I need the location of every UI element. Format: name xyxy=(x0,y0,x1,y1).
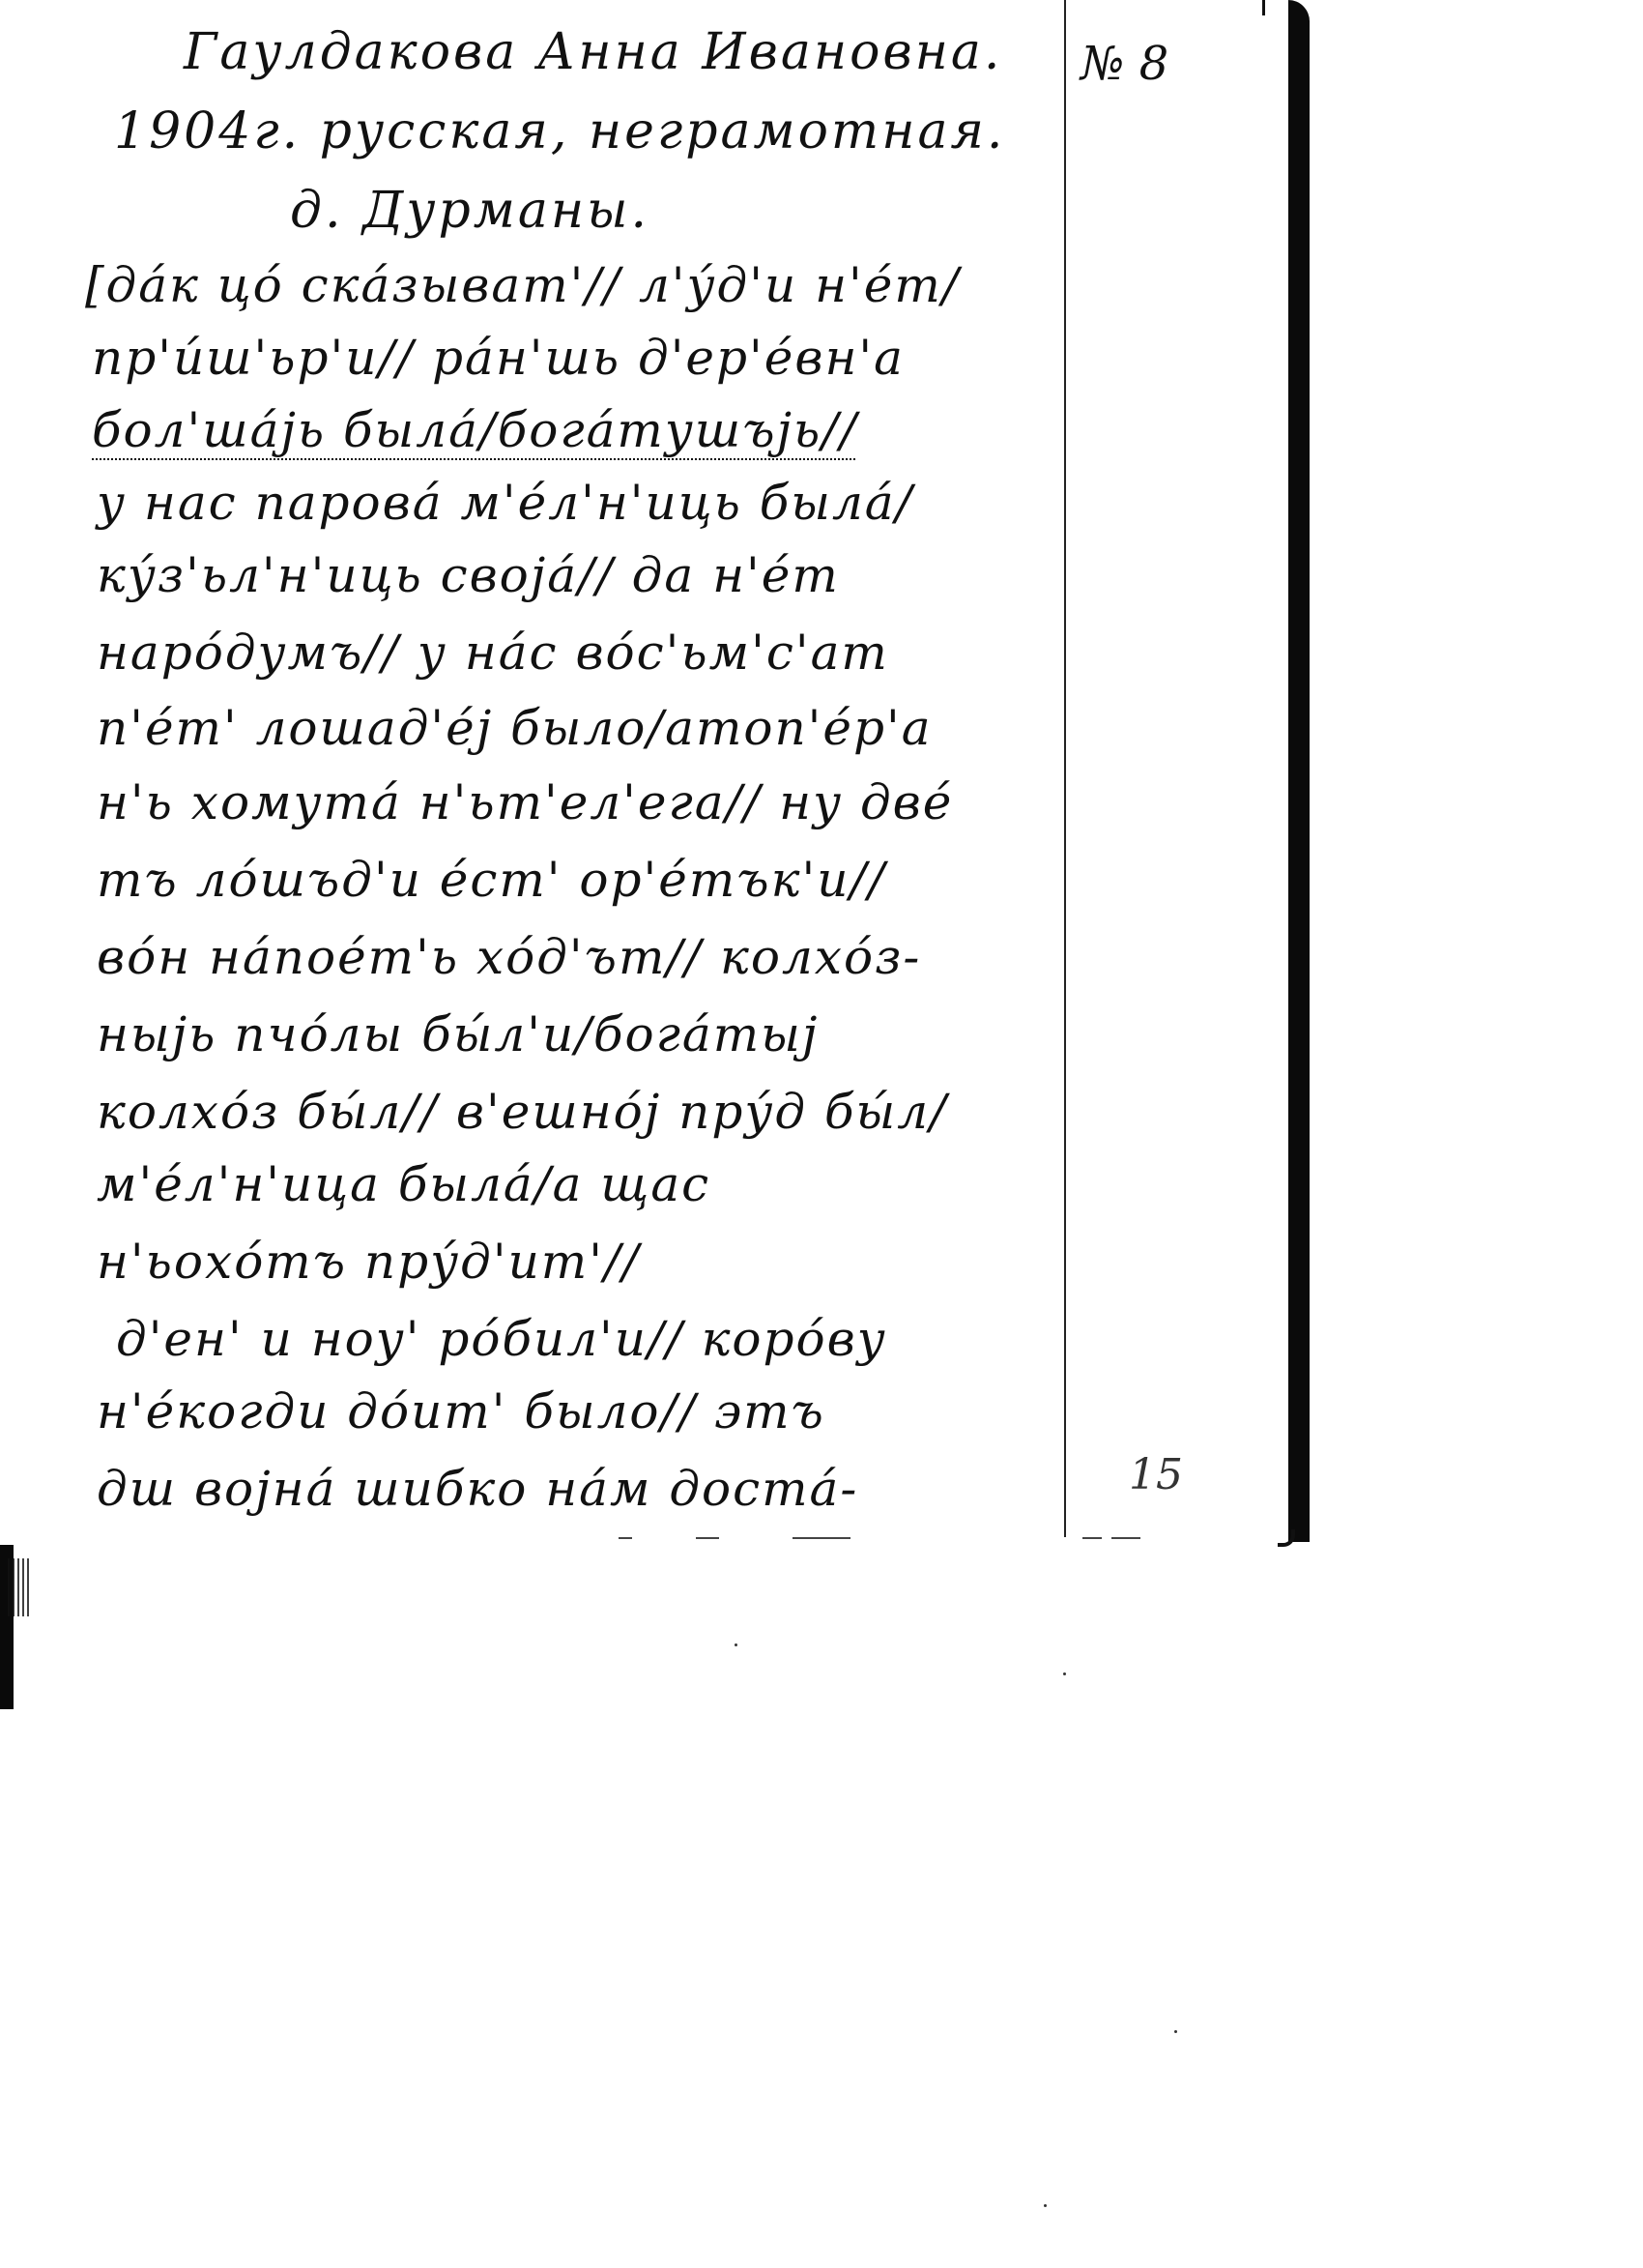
transcript-line: тъ ло́шъд'и е́ст' ор'е́тък'и// xyxy=(97,856,886,904)
transcript-line: бол'ша́jь была́/бога́тушъjь// xyxy=(92,406,858,454)
transcript-line: п'е́т' лошад'е́j было/атоп'е́р'а xyxy=(97,704,933,752)
scan-smudge-texture xyxy=(8,1558,31,1616)
transcript-line: н'ь хомута́ н'ьт'ел'ега// ну две́ xyxy=(97,778,953,827)
village-name: д. Дурманы. xyxy=(290,186,649,236)
card-edge-shadow xyxy=(1288,0,1310,1542)
scan-speck xyxy=(1044,2204,1047,2207)
transcript-line: у нас парова́ м'е́л'н'иць была́/ xyxy=(97,479,913,527)
record-number: № 8 xyxy=(1081,37,1168,91)
bottom-edge-dash xyxy=(1082,1537,1102,1539)
bottom-edge-dash xyxy=(793,1537,850,1539)
scan-speck xyxy=(1063,1672,1066,1675)
transcript-line: во́н на́пое́т'ь хо́д'ът// колхо́з- xyxy=(97,933,921,981)
transcript-line: н'ьохо́тъ пру́д'ит'// xyxy=(97,1237,641,1286)
scanned-page: № 8 Гаулдакова Анна Ивановна. 1904г. рус… xyxy=(0,0,1643,2268)
page-number: 15 xyxy=(1129,1450,1183,1499)
bottom-edge-dash xyxy=(1111,1537,1140,1539)
scan-speck xyxy=(735,1643,737,1646)
informant-info: 1904г. русская, неграмотная. xyxy=(114,106,1005,157)
transcript-line: [да́к цо́ ска́зыват'// л'у́д'и н'е́т/ xyxy=(85,261,961,309)
transcript-line: н'е́когди до́ит' было// этъ xyxy=(97,1387,825,1436)
edge-curl xyxy=(1278,1529,1295,1547)
transcript-line: ныjь пчо́лы бы́л'и/бога́тыj xyxy=(97,1010,819,1059)
bottom-edge-dash xyxy=(696,1537,719,1539)
informant-name: Гаулдакова Анна Ивановна. xyxy=(184,27,1002,77)
transcript-line: д'ен' и ноу' ро́бил'и// коро́ву xyxy=(116,1315,887,1363)
transcript-line: м'е́л'н'ица была́/а щас xyxy=(97,1160,710,1208)
edge-mark xyxy=(1262,0,1265,15)
bottom-edge-dash xyxy=(619,1537,632,1539)
scan-speck xyxy=(1174,2030,1177,2033)
transcript-line: наро́думъ// у на́с во́с'ьм'с'ат xyxy=(97,628,889,677)
transcript-line: пр'и́ш'ьр'и// ра́н'шь д'ер'е́вн'а xyxy=(92,334,905,382)
transcript-line: ку́з'ьл'н'иць своjа́// да н'е́т xyxy=(97,551,840,599)
transcript-line: колхо́з бы́л// в'ешно́j пру́д бы́л/ xyxy=(97,1088,948,1136)
margin-rule xyxy=(1064,0,1066,1537)
transcript-line: дш воjна́ шибко на́м доста́- xyxy=(97,1465,858,1513)
